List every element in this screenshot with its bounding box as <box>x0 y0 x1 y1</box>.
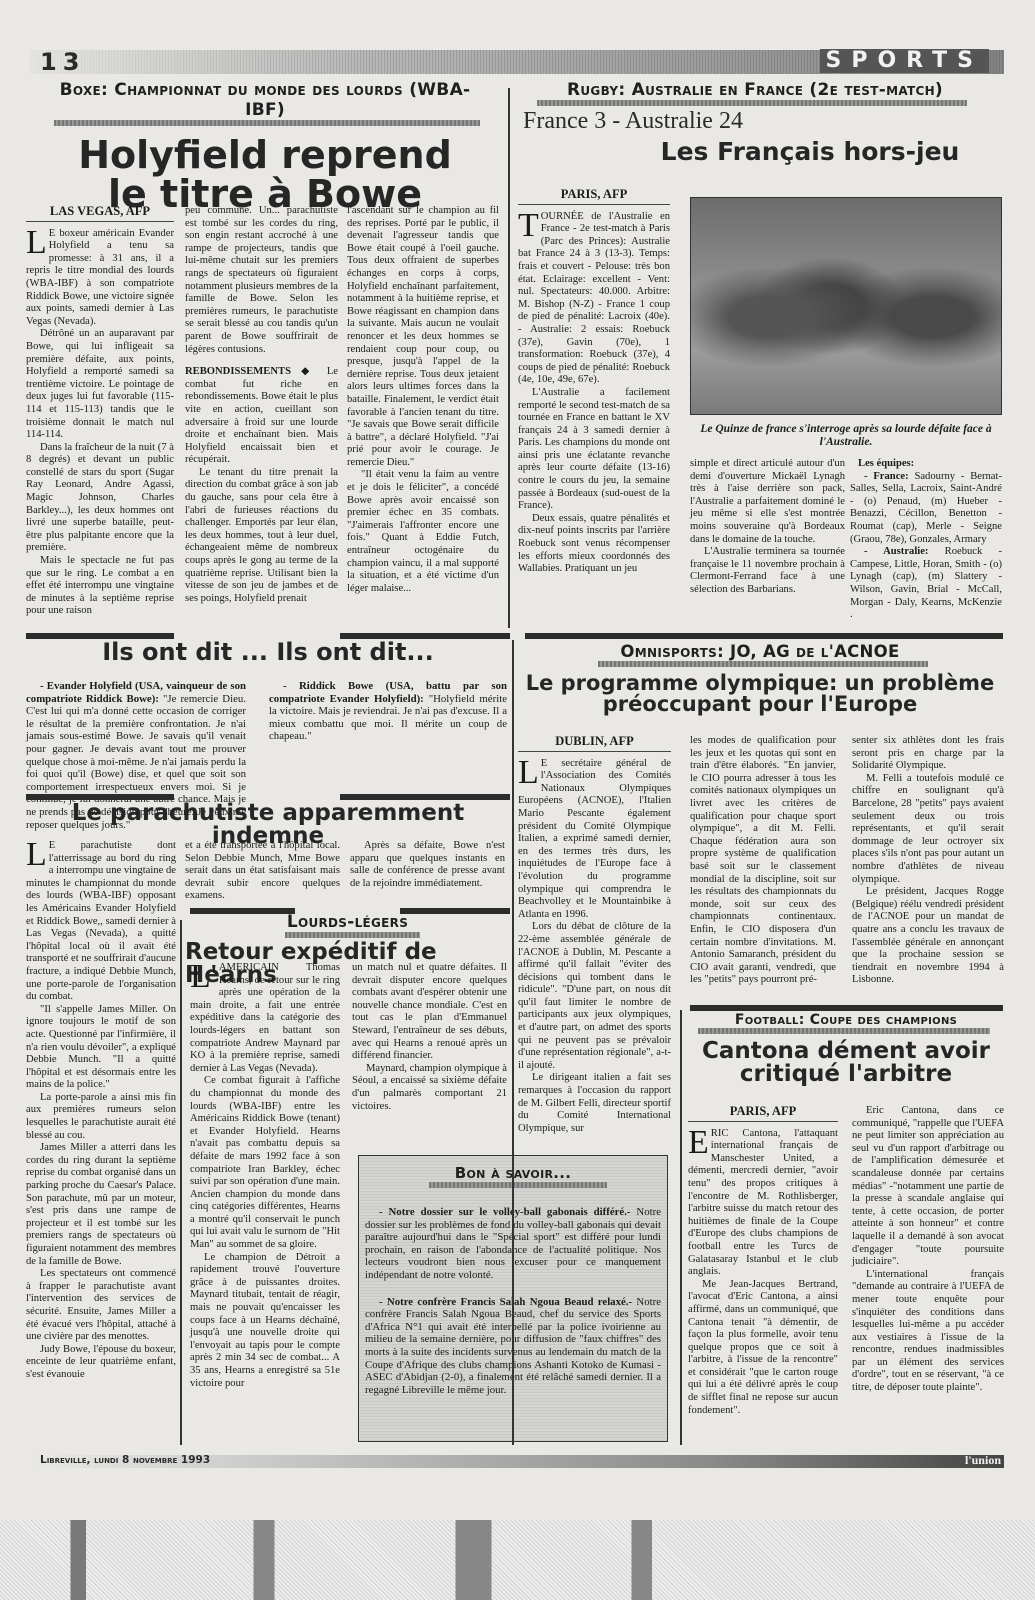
paragraph: Judy Bowe, l'épouse du boxeur, enceinte … <box>26 1344 176 1382</box>
olympics-head: Omnisports: JO, AG de l'ACNOE Le program… <box>515 642 1005 716</box>
kicker-rule <box>598 661 928 667</box>
boxing-article: Boxe: Championnat du monde des lourds (W… <box>30 80 500 214</box>
kicker-rule <box>537 100 967 106</box>
boxing-col1: LAS VEGAS, AFP LE boxeur américain Evand… <box>26 205 174 618</box>
dateline: PARIS, AFP <box>688 1105 838 1122</box>
parachutist-col1: LE parachutiste dont l'atterrissage au b… <box>26 840 176 1382</box>
team-list: Roebuck - Campese, Little, Horan, Smith … <box>850 546 1002 620</box>
football-col2: Eric Cantona, dans ce communiqué, "rappe… <box>852 1105 1004 1395</box>
dateline: PARIS, AFP <box>518 188 670 205</box>
olympics-col3: senter six athlètes dont les frais seron… <box>852 735 1004 987</box>
team-label: - France: <box>864 471 909 482</box>
paragraph: TOURNÉE de l'Australie en France - 2e te… <box>518 211 670 387</box>
rugby-score-line: France 3 - Australie 24 <box>523 108 1005 135</box>
paragraph: L'AMERICAIN Thomas Hearns, de retour sur… <box>190 962 340 1075</box>
paragraph: "Il était venu la faim au ventre et je d… <box>347 469 499 595</box>
rugby-col1: PARIS, AFP TOURNÉE de l'Australie en Fra… <box>518 188 670 576</box>
column-divider <box>680 1010 682 1445</box>
boxing-kicker: Boxe: Championnat du monde des lourds (W… <box>50 80 480 120</box>
paragraph: senter six athlètes dont les frais seron… <box>852 735 1004 773</box>
olympics-headline: Le programme olympique: un problème préo… <box>515 673 1005 716</box>
headline-line: préoccupant pour l'Europe <box>515 694 1005 715</box>
football-headline: Cantona dément avoir critiqué l'arbitre <box>688 1040 1004 1087</box>
kicker-rule <box>429 1182 607 1188</box>
paragraph: Le tenant du titre prenait la direction … <box>185 467 338 606</box>
quotes-col2: - Riddick Bowe (USA, battu par son compa… <box>269 680 507 743</box>
paragraph: Maynard, champion olympique à Séoul, a e… <box>352 1063 507 1113</box>
football-kicker: Football: Coupe des champions <box>688 1012 1004 1028</box>
photo-caption: Le Quinze de france s'interroge après sa… <box>690 423 1002 449</box>
paragraph: "Il s'appelle James Miller. On ignore to… <box>26 1004 176 1092</box>
footer-publication: l'union <box>965 1453 1001 1468</box>
rugby-col2: simple et direct articulé autour d'un de… <box>690 458 845 597</box>
paragraph: l'ascendant sur le champion au fil des r… <box>347 205 499 469</box>
football-head: Football: Coupe des champions Cantona dé… <box>688 1012 1004 1087</box>
paragraph: Détrôné un an auparavant par Bowe, qui l… <box>26 328 174 441</box>
paragraph: Le champion de Détroit a rapidement trou… <box>190 1252 340 1391</box>
olympics-col1: DUBLIN, AFP LE secrétaire général de l'A… <box>518 735 671 1135</box>
teams-title: Les équipes: <box>850 458 1002 471</box>
paragraph: L'Australie a facilement remporté le sec… <box>518 387 670 513</box>
scan-artifact <box>0 1520 1035 1600</box>
paragraph: ERIC Cantona, l'attaquant international … <box>688 1128 838 1279</box>
paragraph: peu commune. Un... parachutiste est tomb… <box>185 205 338 356</box>
footer-dateline: Libreville, lundi 8 novembre 1993 <box>40 1454 210 1466</box>
quotes-headline: Ils ont dit ... Ils ont dit... <box>26 640 510 664</box>
rugby-teams: Les équipes: - France: Sadourny - Bernat… <box>850 458 1002 622</box>
kicker-rule <box>54 120 480 126</box>
section-title: SPORTS <box>820 49 989 73</box>
paragraph: LE boxeur américain Evander Holyfield a … <box>26 228 174 329</box>
hearns-col2: un match nul et quatre défaites. Il devr… <box>352 962 507 1113</box>
section-rule <box>690 1005 1003 1011</box>
rugby-photo <box>690 197 1002 415</box>
rugby-headline: Les Français hors-jeu <box>515 139 1005 165</box>
paragraph: Lors du débat de clôture de la 22-ème as… <box>518 921 671 1072</box>
rugby-kicker: Rugby: Australie en France (2e test-matc… <box>545 80 965 100</box>
paragraph: Deux essais, quatre pénalités et dix-neu… <box>518 513 670 576</box>
box-item-title: - Notre confrère Francis Salah Ngoua Bea… <box>379 1296 632 1308</box>
paragraph: La porte-parole a ainsi mis fin aux prem… <box>26 1092 176 1142</box>
france-team: - France: Sadourny - Bernat-Salles, Sell… <box>850 471 1002 547</box>
paragraph: et a été transportée à l'hôpital local. … <box>185 840 340 903</box>
team-label: - Australie: <box>864 546 928 557</box>
paragraph: les modes de qualification pour les jeux… <box>690 735 836 987</box>
column-divider <box>508 88 510 628</box>
paragraph: L'Australie terminera sa tournée françai… <box>690 546 845 596</box>
headline-line: Le programme olympique: un problème <box>515 673 1005 694</box>
headline-line: critiqué l'arbitre <box>688 1063 1004 1086</box>
boxing-col2: peu commune. Un... parachutiste est tomb… <box>185 205 338 605</box>
paragraph: Les spectateurs ont commencé à frapper l… <box>26 1268 176 1344</box>
paragraph: Le dirigeant italien a fait ses remarque… <box>518 1072 671 1135</box>
column-divider <box>180 920 182 1445</box>
paragraph: James Miller a atterri dans les cordes d… <box>26 1142 176 1268</box>
paragraph: Mais le spectacle ne fut pas que sur le … <box>26 555 174 618</box>
box-item-title: - Notre dossier sur le volley-ball gabon… <box>379 1206 631 1218</box>
paragraph: M. Felli a toutefois modulé ce chiffre e… <box>852 773 1004 886</box>
boxing-col3: l'ascendant sur le champion au fil des r… <box>347 205 499 595</box>
page-number: 13 <box>40 48 85 76</box>
australia-team: - Australie: Roebuck - Campese, Little, … <box>850 546 1002 622</box>
parachutist-col3: Après sa défaite, Bowe n'est apparu que … <box>350 840 505 890</box>
paragraph: Eric Cantona, dans ce communiqué, "rappe… <box>852 1105 1004 1269</box>
dateline: LAS VEGAS, AFP <box>26 205 174 222</box>
column-divider <box>512 640 514 1445</box>
boxing-headline: Holyfield reprend le titre à Bowe <box>30 136 500 214</box>
dateline: DUBLIN, AFP <box>518 735 671 752</box>
subhead: REBONDISSEMENTS ◆ <box>185 366 317 377</box>
paragraph: Me Jean-Jacques Bertrand, l'avocat d'Eri… <box>688 1279 838 1418</box>
paragraph: LE parachutiste dont l'atterrissage au b… <box>26 840 176 1004</box>
quote: - Riddick Bowe (USA, battu par son compa… <box>269 680 507 743</box>
paragraph: un match nul et quatre défaites. Il devr… <box>352 962 507 1063</box>
paragraph: Ce combat figurait à l'affiche du champi… <box>190 1075 340 1251</box>
paragraph: L'international français "demande au con… <box>852 1269 1004 1395</box>
paragraph: simple et direct articulé autour d'un de… <box>690 458 845 546</box>
football-col1: PARIS, AFP ERIC Cantona, l'attaquant int… <box>688 1105 838 1417</box>
parachutist-col2: et a été transportée à l'hôpital local. … <box>185 840 340 903</box>
paragraph: Dans la fraîcheur de la nuit (7 à 8 degr… <box>26 442 174 555</box>
paragraph: LE secrétaire général de l'Association d… <box>518 758 671 922</box>
section-rule <box>525 633 1003 639</box>
paragraph: REBONDISSEMENTS ◆ Le combat fut riche en… <box>185 366 338 467</box>
hearns-kicker: Lourds-légers <box>185 912 510 932</box>
kicker-rule <box>698 1028 990 1034</box>
headline-line: Holyfield reprend <box>30 136 500 175</box>
hearns-col1: L'AMERICAIN Thomas Hearns, de retour sur… <box>190 962 340 1390</box>
paragraph: Le président, Jacques Rogge (Belgique) r… <box>852 886 1004 987</box>
rugby-article-head: Rugby: Australie en France (2e test-matc… <box>515 80 1005 165</box>
paragraph: Après sa défaite, Bowe n'est apparu que … <box>350 840 505 890</box>
paragraph-text: Le combat fut riche en rebondissements. … <box>185 366 338 465</box>
olympics-col2: les modes de qualification pour les jeux… <box>690 735 836 987</box>
headline-line: Cantona dément avoir <box>688 1040 1004 1063</box>
olympics-kicker: Omnisports: JO, AG de l'ACNOE <box>515 642 1005 661</box>
kicker-rule <box>285 932 420 938</box>
